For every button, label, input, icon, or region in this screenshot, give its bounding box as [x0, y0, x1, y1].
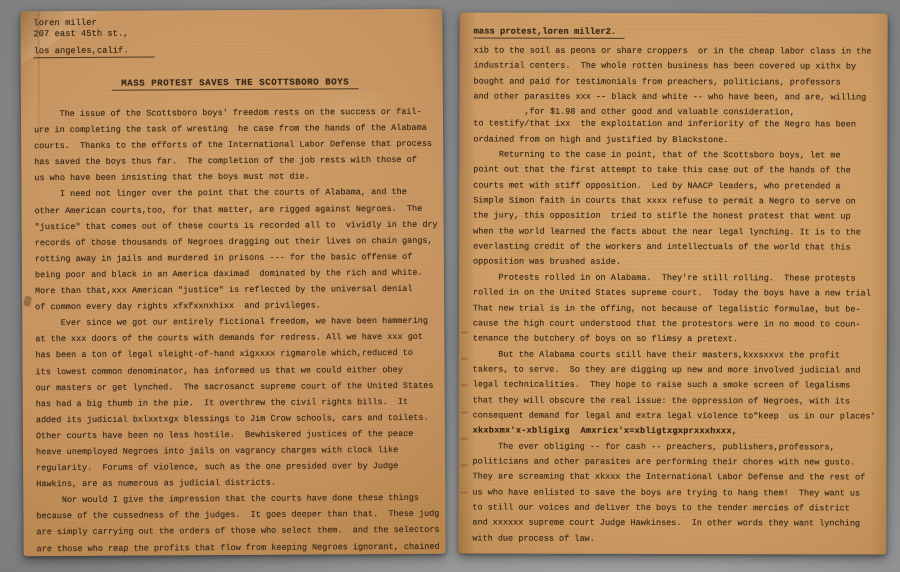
running-head: mass protest,loren miller2.	[474, 26, 625, 38]
typed-line: consequent demand for legal and extra le…	[473, 408, 881, 424]
typed-line: has saved the boys thus far. The complet…	[34, 152, 437, 171]
typed-line: They are screaming that xkxxx the Intern…	[472, 470, 880, 486]
typed-line: the jury, this opposition tried to stifl…	[473, 209, 881, 225]
typed-line: I need not linger over the point that th…	[34, 184, 437, 203]
typed-line: opposition was brushed aside.	[473, 255, 881, 271]
typed-line: Simple Simon faith in courts that xxxx r…	[473, 194, 881, 210]
typed-line: to testify/that ixx the exploitation and…	[473, 117, 881, 133]
typed-line: other American courts,too, for that matt…	[35, 200, 438, 219]
typed-line: legal technicalities. They hope to raise…	[473, 378, 881, 394]
typed-line: regularity. Forums of violence, such as …	[36, 458, 439, 477]
typed-line: has been a ton of legal sleight-of-hand …	[35, 345, 438, 364]
manuscript-page-2: mass protest,loren miller2. xib to the s…	[458, 12, 887, 554]
typed-line: us who have enlisted to save the boys ar…	[472, 485, 880, 501]
typed-line: and other parasites xxx -- black and whi…	[473, 90, 881, 106]
typed-line: when the world learned the facts about t…	[473, 224, 881, 240]
typed-line: tenance the butchery of boys on so flims…	[473, 332, 881, 348]
typed-line: everlasting credit of the workers and in…	[473, 240, 881, 256]
document-title: MASS PROTEST SAVES THE SCOTTSBORO BOYS	[112, 77, 358, 91]
typed-line: Protests rolled in on Alabama. They're s…	[473, 270, 881, 286]
typed-line: are simply carrying out the orders of th…	[36, 522, 439, 541]
typed-line: But the Alabama courts still have their …	[473, 347, 881, 363]
typed-line: bought and paid for testimonials from pr…	[474, 74, 882, 90]
author-address-block: loren miller207 east 45th st.,los angele…	[33, 16, 436, 58]
page1-body-text: The issue of the Scottsboro boys' freedo…	[34, 104, 440, 557]
typed-line: ,for $1.98 and other good and valuable c…	[473, 106, 881, 119]
typed-line: More than that,xxx American "justice" is…	[35, 281, 438, 300]
typed-line: cause the high court understood that the…	[473, 316, 881, 332]
typed-line: takers, to serve. So they are digging up…	[473, 362, 881, 378]
author-line: 207 east 45th st.,	[33, 27, 436, 40]
typed-line: rolled in on the United States supreme c…	[473, 286, 881, 302]
typed-line: with due process of law.	[472, 531, 880, 547]
typed-line: politicians and other parasites are perf…	[473, 454, 881, 470]
typed-line: xkxbxmx'x-xbligixg Amxricx'x=xbligtxgxpr…	[473, 424, 881, 440]
page2-body-text: xib to the soil as peons or share croppe…	[472, 43, 881, 547]
typed-line: industrial centers. The whole rotten bus…	[474, 59, 882, 75]
photographed-document-backdrop: loren miller207 east 45th st.,los angele…	[0, 0, 900, 572]
typed-line: That new trial is in the offing, not bec…	[473, 301, 881, 317]
typed-line: ordained from on high and justified by B…	[473, 132, 881, 148]
typed-line: courts met with stiff opposition. Led by…	[473, 178, 881, 194]
typed-line: The ever obliging -- for cash -- preache…	[473, 439, 881, 455]
manuscript-page-1: loren miller207 east 45th st.,los angele…	[20, 9, 445, 557]
author-line: los angeles,calif.	[34, 45, 155, 58]
typed-line: that they will obscure the real issue: t…	[473, 393, 881, 409]
typed-line: point out that the first attempt to take…	[473, 163, 881, 179]
typed-line: Returning to the case in point, that of …	[473, 148, 881, 164]
typed-line: xib to the soil as peons or share croppe…	[474, 43, 882, 59]
typed-line: its lowest common denominator, has infor…	[35, 361, 438, 380]
typed-line: are those who reap the profits that flow…	[37, 538, 440, 556]
typed-line: to still our voices and deliver the boys…	[472, 500, 880, 516]
typed-line: and xxxxxx supreme court Judge Hawkinses…	[472, 516, 880, 532]
